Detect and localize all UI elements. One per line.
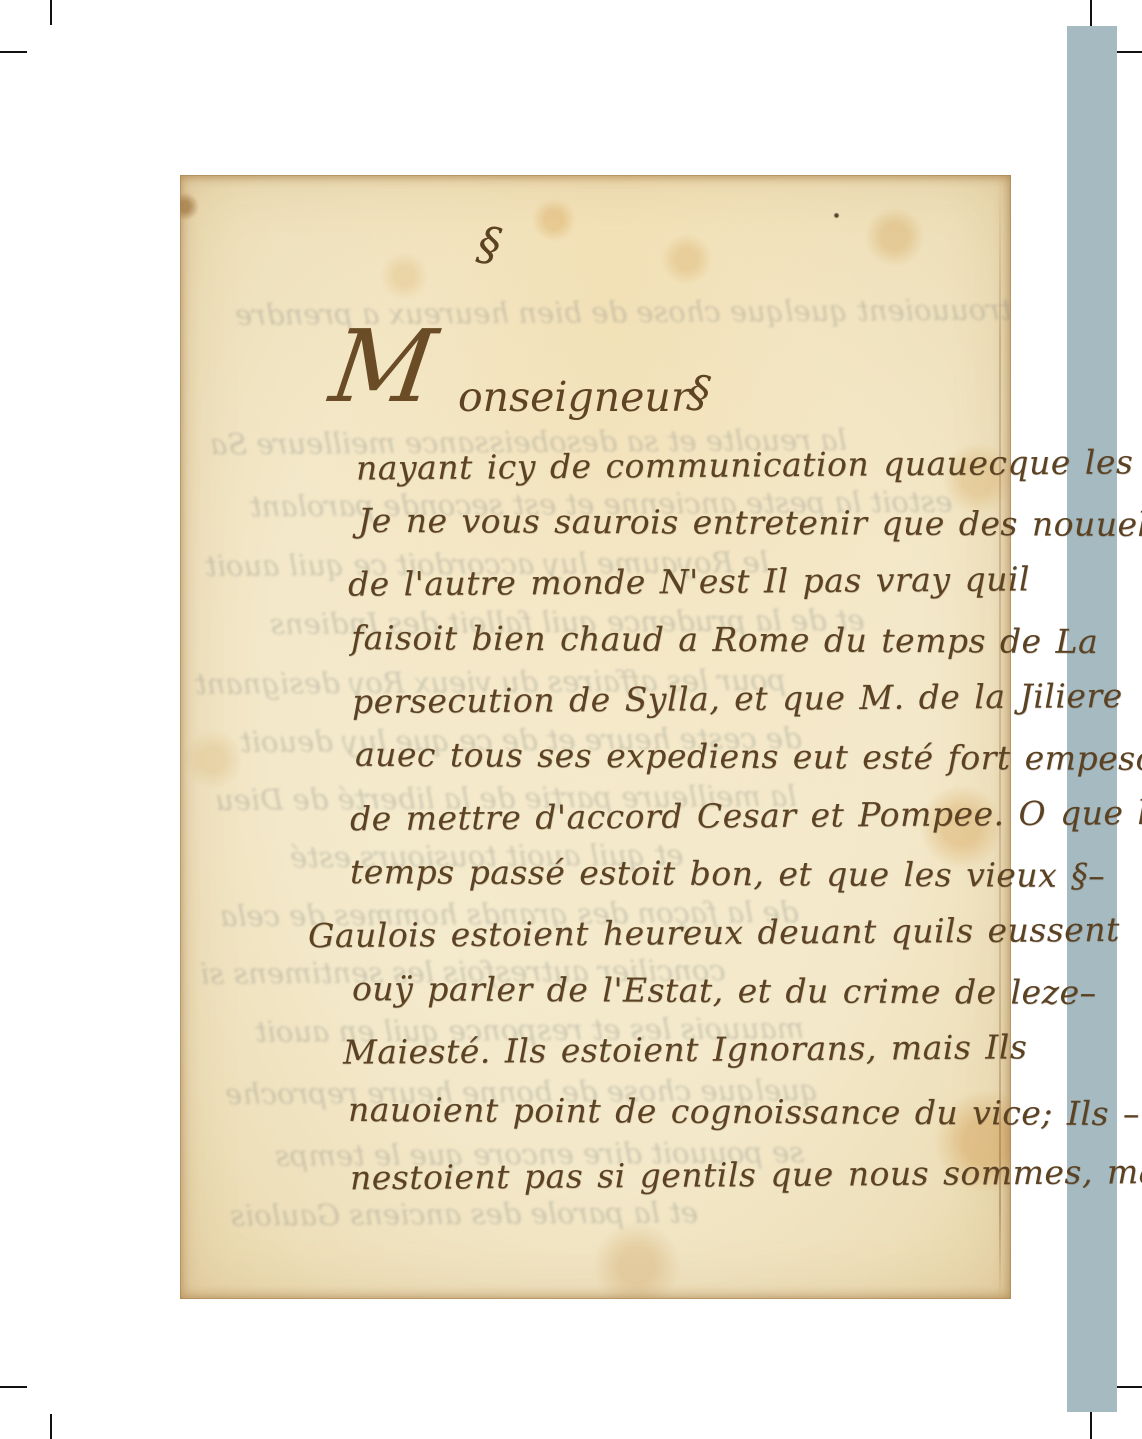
manuscript-line: temps passé estoit bon, et que les vieux…: [350, 852, 1105, 895]
manuscript-line: nayant icy de communication quauecque le…: [356, 442, 1142, 488]
crop-mark-top-right-vertical: [1090, 0, 1092, 26]
salutation-text: onseigneur: [458, 373, 690, 421]
crop-mark-bottom-left-vertical: [50, 1414, 52, 1439]
manuscript-line: de mettre d'accord Cesar et Pompee. O qu…: [350, 793, 1142, 838]
salutation-paraph: §: [685, 366, 713, 419]
manuscript-line: Maiesté. Ils estoient Ignorans, mais Ils: [343, 1027, 1028, 1071]
salutation-initial: M: [325, 317, 441, 417]
manuscript-line: persecution de Sylla, et que M. de la Ji…: [352, 676, 1123, 721]
manuscript-line: nestoient pas si gentils que nous sommes…: [350, 1152, 1142, 1198]
recto-ink-layer: § M onseigneur § nayant icy de communica…: [180, 175, 1011, 1299]
crop-mark-top-left-horizontal: [0, 51, 27, 53]
manuscript-line: de l'autre monde N'est Il pas vray quil: [348, 559, 1030, 603]
crop-mark-top-left-vertical: [50, 0, 52, 25]
manuscript-page: Ils trouuoient quelque chose de bien heu…: [180, 175, 1011, 1299]
crop-mark-top-right-horizontal: [1113, 51, 1142, 53]
manuscript-line: Je ne vous saurois entretenir que des no…: [358, 501, 1142, 544]
accent-bar: [1067, 26, 1117, 1412]
manuscript-line: faisoit bien chaud a Rome du temps de La: [351, 618, 1098, 661]
page-fold-crease: [999, 175, 1001, 1299]
scan-canvas: Ils trouuoient quelque chose de bien heu…: [0, 0, 1142, 1439]
crop-mark-bottom-right-vertical: [1090, 1412, 1092, 1439]
crop-mark-bottom-left-horizontal: [0, 1386, 27, 1388]
manuscript-line: ouÿ parler de l'Estat, et du crime de le…: [352, 969, 1097, 1012]
paraph-mark: §: [474, 216, 505, 273]
manuscript-line: auec tous ses expediens eut esté fort em…: [355, 735, 1142, 778]
crop-mark-bottom-right-horizontal: [1113, 1386, 1142, 1388]
manuscript-line: nauoient point de cognoissance du vice; …: [348, 1090, 1140, 1133]
